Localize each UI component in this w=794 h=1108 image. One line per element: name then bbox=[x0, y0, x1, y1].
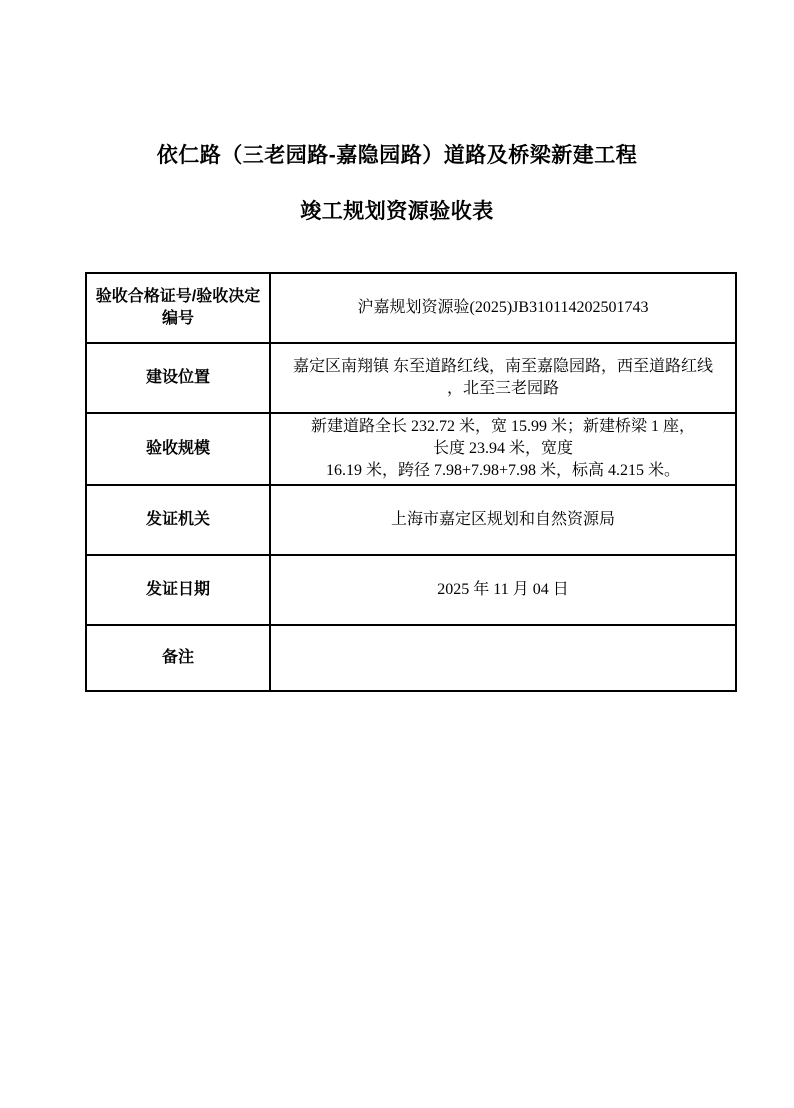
remarks-row: 备注 bbox=[86, 625, 736, 691]
construction-location-row: 建设位置 嘉定区南翔镇 东至道路红线，南至嘉隐园路，西至道路红线 ，北至三老园路 bbox=[86, 343, 736, 413]
issue-date-value: 2025 年 11 月 04 日 bbox=[270, 555, 736, 625]
issuing-authority-row: 发证机关 上海市嘉定区规划和自然资源局 bbox=[86, 485, 736, 555]
acceptance-table: 验收合格证号/验收决定编号 沪嘉规划资源验(2025)JB31011420250… bbox=[85, 272, 737, 692]
acceptance-scale-label: 验收规模 bbox=[86, 413, 270, 485]
acceptance-scale-row: 验收规模 新建道路全长 232.72 米，宽 15.99 米；新建桥梁 1 座，… bbox=[86, 413, 736, 485]
certificate-number-value: 沪嘉规划资源验(2025)JB310114202501743 bbox=[270, 273, 736, 343]
issue-date-row: 发证日期 2025 年 11 月 04 日 bbox=[86, 555, 736, 625]
remarks-label: 备注 bbox=[86, 625, 270, 691]
construction-location-value: 嘉定区南翔镇 东至道路红线，南至嘉隐园路，西至道路红线 ，北至三老园路 bbox=[270, 343, 736, 413]
certificate-number-label: 验收合格证号/验收决定编号 bbox=[86, 273, 270, 343]
issue-date-label: 发证日期 bbox=[86, 555, 270, 625]
issuing-authority-value: 上海市嘉定区规划和自然资源局 bbox=[270, 485, 736, 555]
issuing-authority-label: 发证机关 bbox=[86, 485, 270, 555]
acceptance-scale-value: 新建道路全长 232.72 米，宽 15.99 米；新建桥梁 1 座， 长度 2… bbox=[270, 413, 736, 485]
remarks-value bbox=[270, 625, 736, 691]
certificate-number-row: 验收合格证号/验收决定编号 沪嘉规划资源验(2025)JB31011420250… bbox=[86, 273, 736, 343]
document-subtitle: 竣工规划资源验收表 bbox=[0, 198, 794, 225]
document-title: 依仁路（三老园路-嘉隐园路）道路及桥梁新建工程 bbox=[0, 142, 794, 169]
construction-location-label: 建设位置 bbox=[86, 343, 270, 413]
